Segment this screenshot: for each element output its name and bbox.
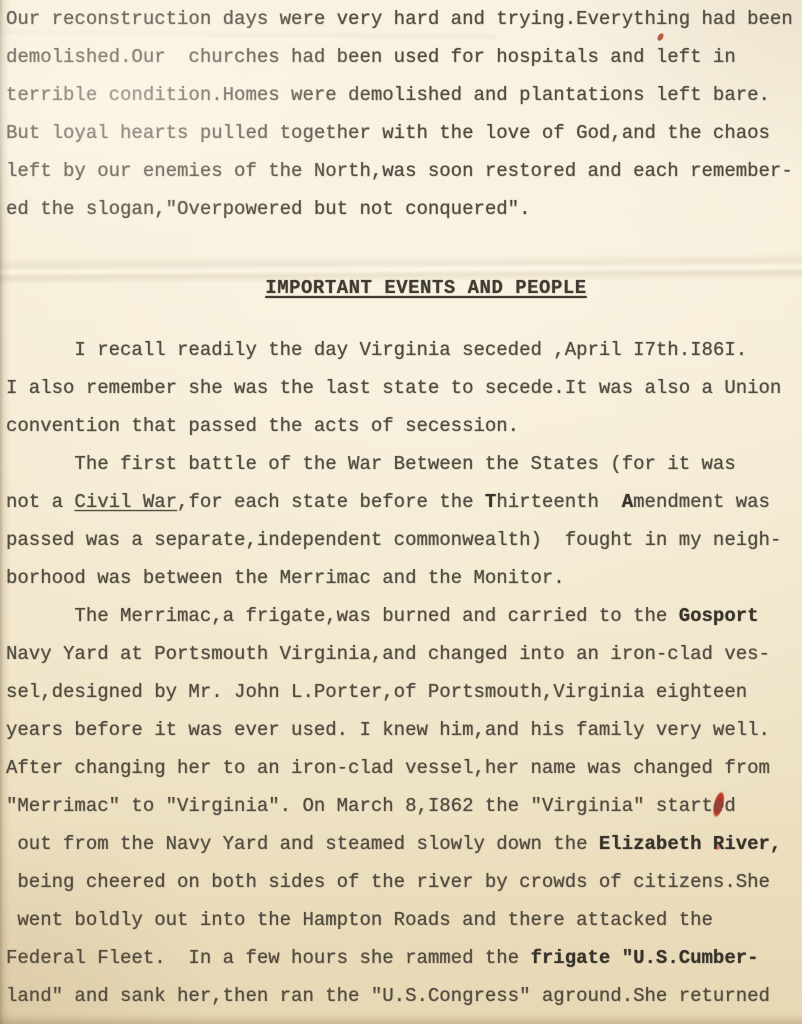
typed-text-segment: mendment was <box>633 491 770 513</box>
typed-text-segment: Gosport <box>679 605 759 627</box>
typed-text-segment: sel,designed by Mr. John L.Porter,of Por… <box>6 681 747 703</box>
typed-text-segment: out from the Navy Yard and steamed slowl… <box>6 833 599 855</box>
typed-text-segment: being cheered on both sides of the river… <box>6 871 770 893</box>
typed-line: went boldly out into the Hampton Roads a… <box>6 901 802 939</box>
typed-text-segment: convention that passed the acts of seces… <box>6 415 519 437</box>
typed-line: passed was a separate,independent common… <box>6 521 802 559</box>
paper-edge-shadow-bottom <box>0 1014 802 1024</box>
typed-line: I recall readily the day Virginia secede… <box>6 331 802 369</box>
typed-text-segment: After changing her to an iron-clad vesse… <box>6 757 770 779</box>
typed-text-segment: "Merrimac" to "Virginia". On March 8,I86… <box>6 795 713 817</box>
typed-line: sel,designed by Mr. John L.Porter,of Por… <box>6 673 802 711</box>
typed-line: "Merrimac" to "Virginia". On March 8,I86… <box>6 787 802 825</box>
typed-text-segment: hirteenth <box>496 491 621 513</box>
typed-text-segment: borhood was between the Merrimac and the… <box>6 567 565 589</box>
typed-line: Our reconstruction days were very hard a… <box>6 0 802 38</box>
typed-text-segment: Our reconstruction days were very hard a… <box>6 8 793 30</box>
paragraph-reconstruction: Our reconstruction days were very hard a… <box>6 0 802 228</box>
typed-text-segment: The Merrimac,a frigate,was burned and ca… <box>6 605 679 627</box>
typed-line: But loyal hearts pulled together with th… <box>6 114 802 152</box>
typed-line: borhood was between the Merrimac and the… <box>6 559 802 597</box>
typed-text-segment: left by our enemies of the North,was soo… <box>6 160 793 182</box>
typed-text-segment: ,for each state before the <box>177 491 485 513</box>
typed-text-segment: went boldly out into the Hampton Roads a… <box>6 909 713 931</box>
typed-line: out from the Navy Yard and steamed slowl… <box>6 825 802 863</box>
typed-line: The first battle of the War Between the … <box>6 445 802 483</box>
typed-text-segment: I recall readily the day Virginia secede… <box>6 339 747 361</box>
typed-text-segment: frigate "U.S.Cumber- <box>531 947 759 969</box>
typed-text-segment: land" and sank her,then ran the "U.S.Con… <box>6 985 770 1007</box>
typed-line: left by our enemies of the North,was soo… <box>6 152 802 190</box>
typed-text-segment: But loyal hearts pulled together with th… <box>6 122 770 144</box>
typed-text-segment: Federal Fleet. In a few hours she rammed… <box>6 947 531 969</box>
typed-line: Federal Fleet. In a few hours she rammed… <box>6 939 802 977</box>
paragraphs-important-events: I recall readily the day Virginia secede… <box>6 331 802 1015</box>
typed-text-segment: passed was a separate,independent common… <box>6 529 781 551</box>
section-heading: IMPORTANT EVENTS AND PEOPLE <box>0 269 802 307</box>
typed-text-segment: A <box>622 491 633 513</box>
typed-line: The Merrimac,a frigate,was burned and ca… <box>6 597 802 635</box>
typed-line: convention that passed the acts of seces… <box>6 407 802 445</box>
typed-text-segment: ed the slogan,"Overpowered but not conqu… <box>6 198 531 220</box>
typed-line: land" and sank her,then ran the "U.S.Con… <box>6 977 802 1015</box>
typed-line: years before it was ever used. I knew hi… <box>6 711 802 749</box>
typewritten-document-page: Our reconstruction days were very hard a… <box>0 0 802 1024</box>
typed-text-segment: T <box>485 491 496 513</box>
typed-line: demolished.Our churches had been used fo… <box>6 38 802 76</box>
typed-text-segment: terrible condition.Homes were demolished… <box>6 84 770 106</box>
typed-text-segment: The first battle of the War Between the … <box>6 453 736 475</box>
typed-text-segment: Civil War <box>74 491 177 513</box>
typed-text-segment: years before it was ever used. I knew hi… <box>6 719 770 741</box>
typed-line: Navy Yard at Portsmouth Virginia,and cha… <box>6 635 802 673</box>
typed-text-segment: Elizabeth River, <box>599 833 781 855</box>
typed-line: not a Civil War,for each state before th… <box>6 483 802 521</box>
typed-line: I also remember she was the last state t… <box>6 369 802 407</box>
typed-line: terrible condition.Homes were demolished… <box>6 76 802 114</box>
typed-line: After changing her to an iron-clad vesse… <box>6 749 802 787</box>
typed-text-segment: demolished.Our churches had been used fo… <box>6 46 736 68</box>
typed-text-segment: Navy Yard at Portsmouth Virginia,and cha… <box>6 643 770 665</box>
typed-line: ed the slogan,"Overpowered but not conqu… <box>6 190 802 228</box>
typed-text-segment: not a <box>6 491 74 513</box>
typed-line: being cheered on both sides of the river… <box>6 863 802 901</box>
typed-text-segment: I also remember she was the last state t… <box>6 377 781 399</box>
